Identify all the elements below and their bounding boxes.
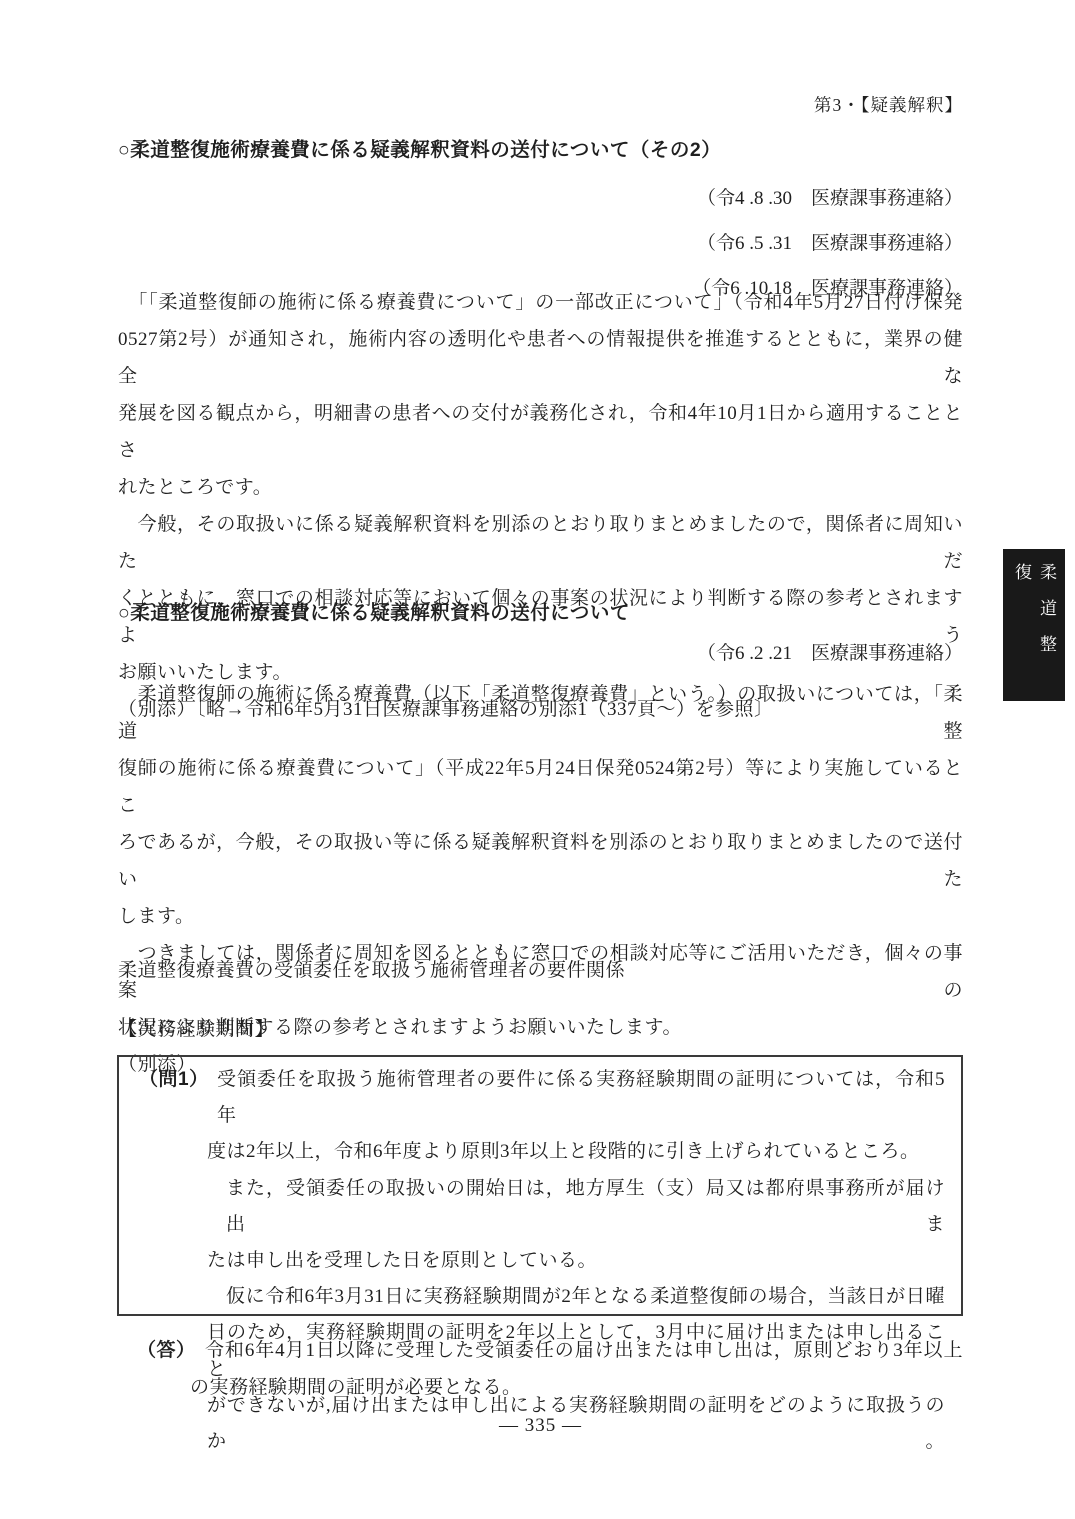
paragraph-line: 0527第2号）が通知され，施術内容の透明化や患者への情報提供を推進するとともに…	[118, 321, 963, 395]
answer-text: 令和6年4月1日以降に受理した受領委任の届け出または申し出は，原則どおり3年以上	[205, 1332, 963, 1369]
question-text: 受領委任を取扱う施術管理者の要件に係る実務経験期間の証明については，令和5年	[217, 1062, 945, 1134]
question-line: 度は2年以上，令和6年度より原則3年以上と段階的に引き上げられているところ。	[207, 1134, 945, 1170]
paragraph-line: します。	[118, 898, 963, 935]
chapter-label: 第3・【疑義解釈】	[118, 92, 963, 117]
page-number: ― 335 ―	[118, 1415, 963, 1437]
paragraph-line: れたところです。	[118, 469, 963, 506]
paragraph-line: 復師の施術に係る療養費について」（平成22年5月24日保発0524第2号）等によ…	[118, 750, 963, 824]
question-label: （問1）	[139, 1062, 209, 1098]
paragraph-line: 柔道整復師の施術に係る療養費（以下「柔道整復療養費」という。）の取扱いについては…	[118, 676, 963, 750]
attachment-subheading: 【実務経験期間】	[118, 1014, 963, 1041]
answer-block: （答） 令和6年4月1日以降に受理した受領委任の届け出または申し出は，原則どおり…	[118, 1332, 963, 1406]
paragraph-line: 「「柔道整復師の施術に係る療養費について」の一部改正について」（令和4年5月27…	[118, 284, 963, 321]
paragraph-line: 発展を図る観点から，明細書の患者への交付が義務化され，令和4年10月1日から適用…	[118, 395, 963, 469]
section2-title: ○柔道整復施術療養費に係る疑義解釈資料の送付について	[118, 597, 963, 625]
section1-title: ○柔道整復施術療養費に係る疑義解釈資料の送付について（その2）	[118, 134, 963, 162]
question-line: また，受領委任の取扱いの開始日は，地方厚生（支）局又は都府県事務所が届け出ま	[226, 1171, 945, 1243]
answer-line: （答） 令和6年4月1日以降に受理した受領委任の届け出または申し出は，原則どおり…	[118, 1332, 963, 1369]
section2-date: （令6 .2 .21 医療課事務連絡）	[118, 638, 963, 665]
date-line: （令4 .8 .30 医療課事務連絡）	[118, 176, 963, 221]
paragraph-line: 今般，その取扱いに係る疑義解釈資料を別添のとおり取りまとめましたので，関係者に周…	[118, 506, 963, 580]
side-index-tab-label: 柔道整復	[1009, 549, 1059, 701]
document-page: 第3・【疑義解釈】 ○柔道整復施術療養費に係る疑義解釈資料の送付について（その2…	[0, 0, 1075, 1519]
attachment-heading: 柔道整復療養費の受領委任を取扱う施術管理者の要件関係	[118, 955, 963, 982]
answer-line: の実務経験期間の証明が必要となる。	[190, 1369, 963, 1406]
question-box: （問1） 受領委任を取扱う施術管理者の要件に係る実務経験期間の証明については，令…	[117, 1055, 963, 1316]
date-line: （令6 .5 .31 医療課事務連絡）	[118, 221, 963, 266]
question-line: たは申し出を受理した日を原則としている。	[207, 1243, 945, 1279]
paragraph-line: ろであるが，今般，その取扱い等に係る疑義解釈資料を別添のとおり取りまとめましたの…	[118, 824, 963, 898]
question-line: （問1） 受領委任を取扱う施術管理者の要件に係る実務経験期間の証明については，令…	[119, 1062, 945, 1134]
question-line: 仮に令和6年3月31日に実務経験期間が2年となる柔道整復師の場合，当該日が日曜	[226, 1279, 945, 1315]
side-index-tab: 柔道整復	[1003, 549, 1065, 701]
answer-label: （答）	[137, 1332, 196, 1369]
